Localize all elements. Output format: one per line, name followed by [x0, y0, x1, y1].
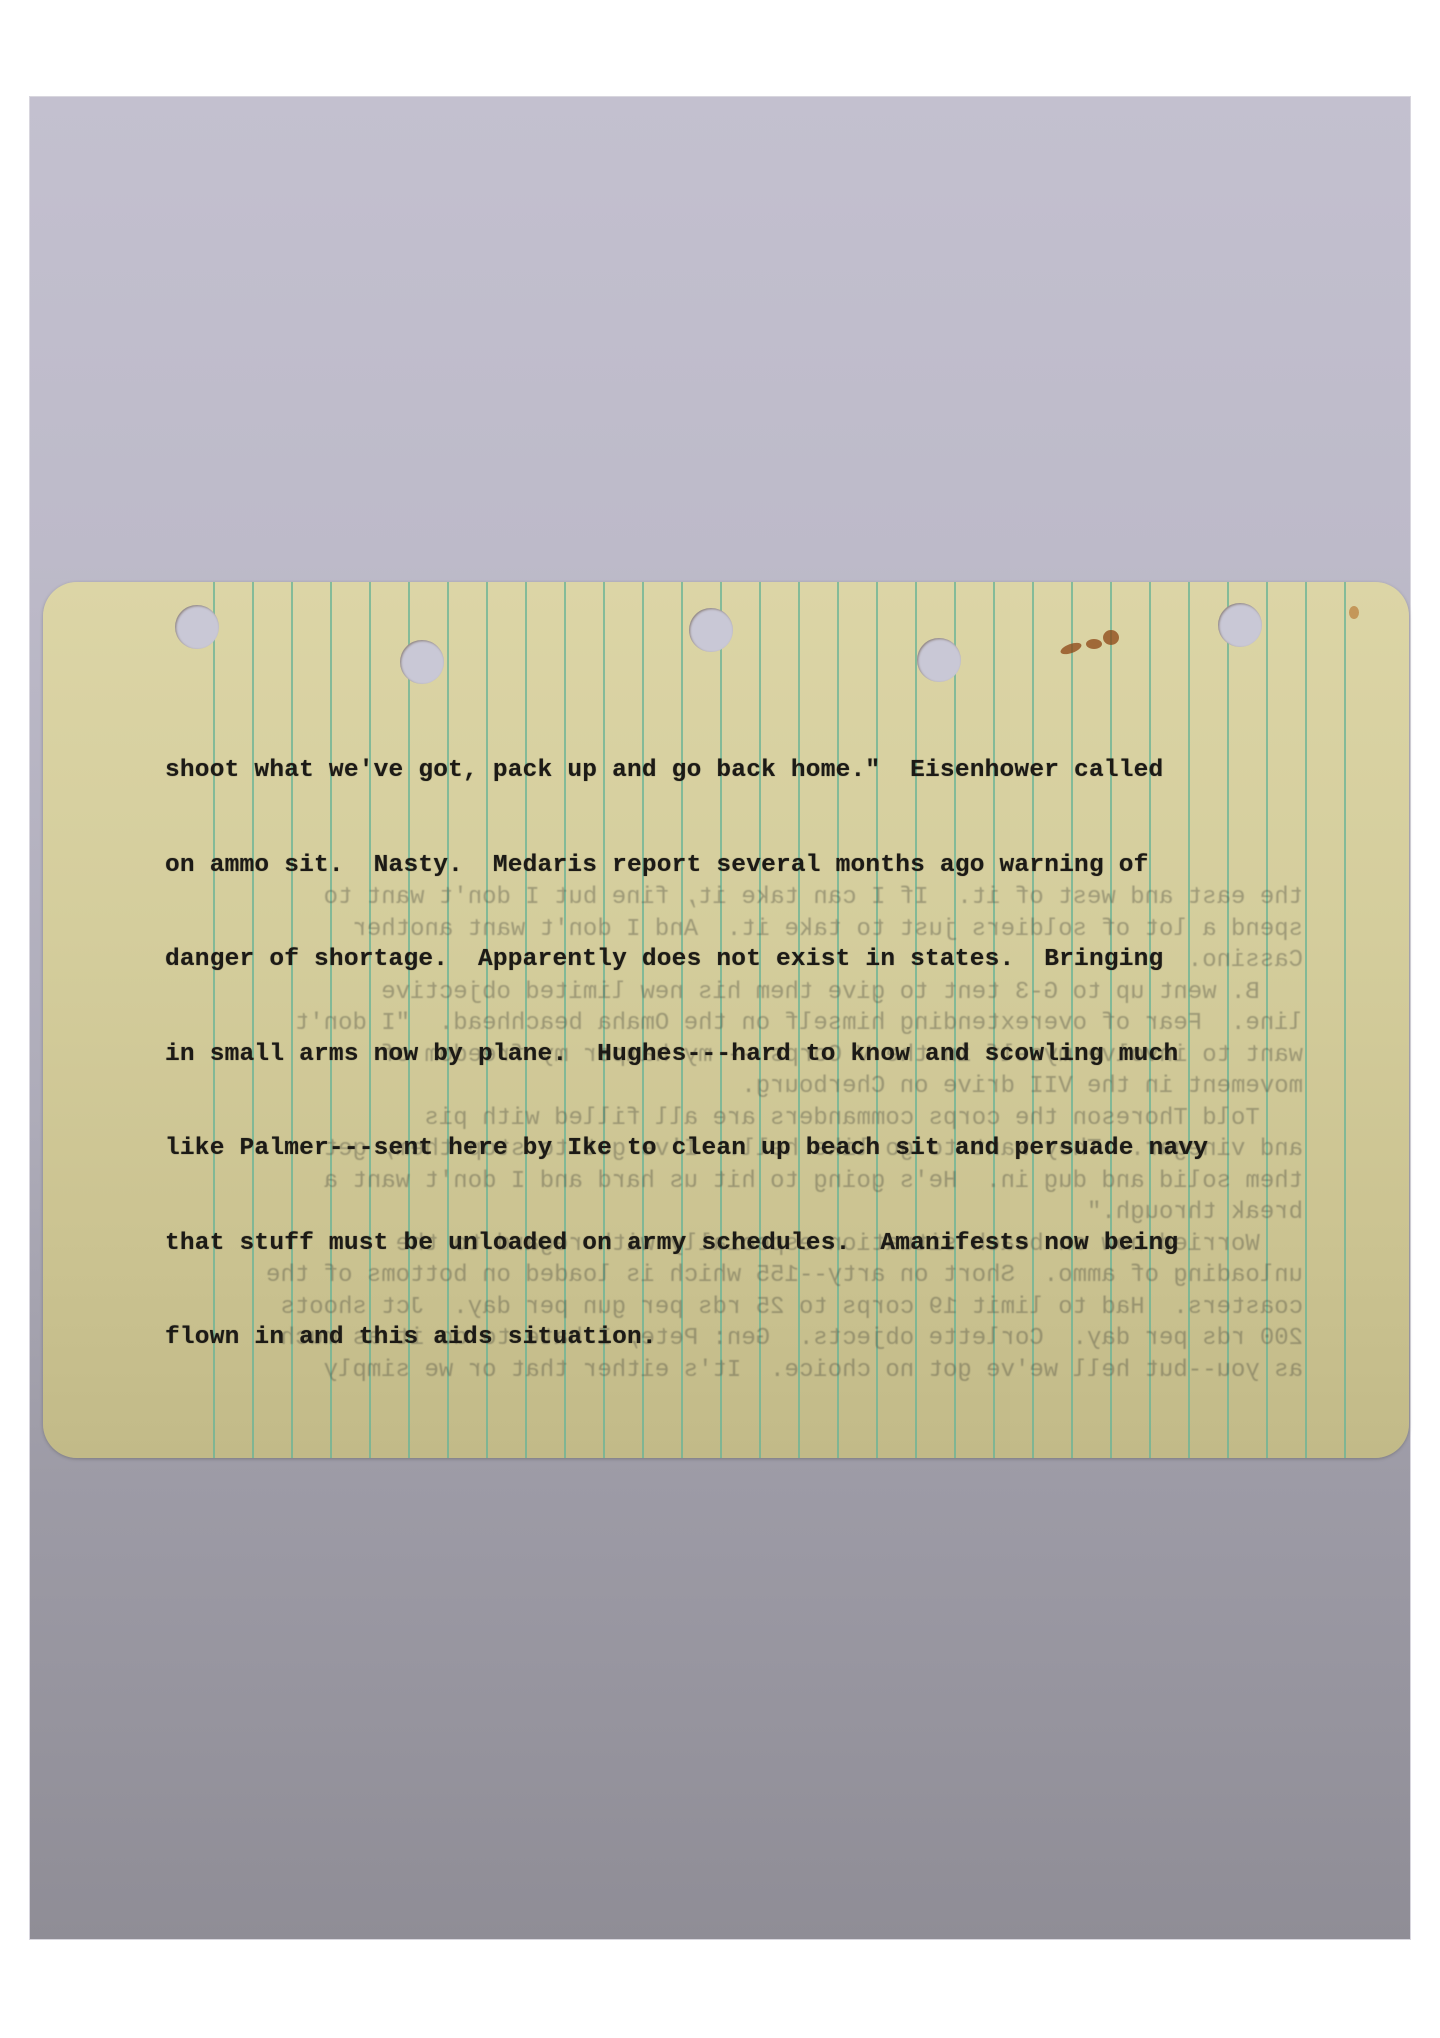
typed-line: flown in and this aids situation.	[165, 1322, 1208, 1354]
rule-line	[1305, 582, 1307, 1458]
typed-line: danger of shortage. Apparently does not …	[165, 944, 1208, 976]
punch-hole	[689, 608, 733, 652]
index-card: the east and west of it. If I can take i…	[43, 582, 1409, 1458]
typed-text: shoot what we've got, pack up and go bac…	[165, 692, 1208, 1417]
rust-stain	[1086, 639, 1102, 649]
punch-hole	[917, 638, 961, 682]
typed-line: on ammo sit. Nasty. Medaris report sever…	[165, 850, 1208, 882]
punch-hole	[400, 640, 444, 684]
rust-stain	[1059, 641, 1083, 657]
typed-line: that stuff must be unloaded on army sche…	[165, 1228, 1208, 1260]
rule-line	[1344, 582, 1346, 1458]
typed-line: in small arms now by plane. Hughes---har…	[165, 1039, 1208, 1071]
typed-line: shoot what we've got, pack up and go bac…	[165, 755, 1208, 787]
punch-hole	[175, 605, 219, 649]
typed-line: like Palmer---sent here by Ike to clean …	[165, 1133, 1208, 1165]
rust-stain	[1349, 606, 1359, 619]
rust-stain	[1103, 630, 1119, 645]
punch-hole	[1218, 603, 1262, 647]
